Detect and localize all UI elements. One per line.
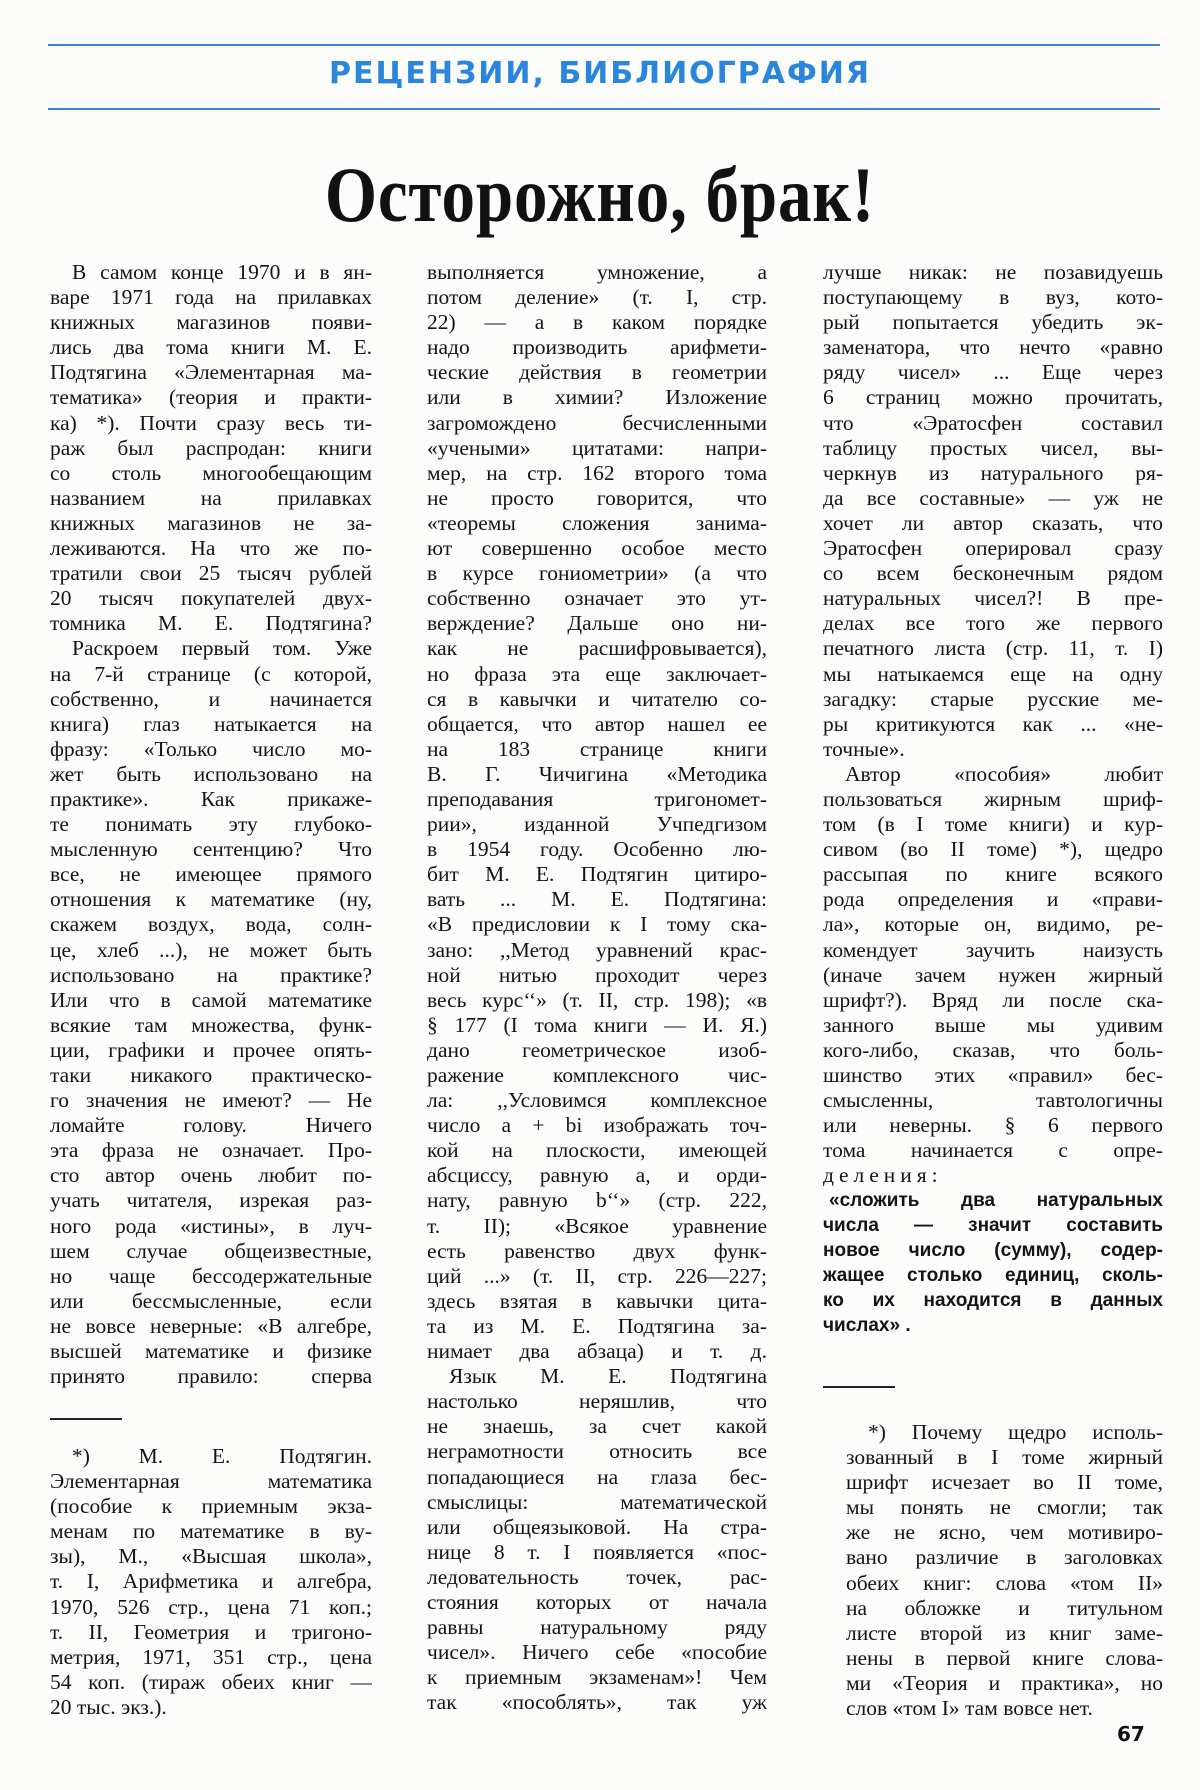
text-line: рии», изданной Учпедгизом (427, 812, 767, 837)
text-line: есть равенство двух функ- (427, 1239, 767, 1264)
section-rule-bottom (48, 108, 1160, 110)
text-line: надо производить арифмети- (427, 335, 767, 360)
text-line: заменатора, что нечто «равно (823, 335, 1163, 360)
text-line: делах все того же первого (823, 611, 1163, 636)
text-line: Элементарная математика (50, 1469, 372, 1494)
text-line: нимает два абзаца) и т. д. (427, 1339, 767, 1364)
text-line: числа — значит составить (823, 1213, 1163, 1238)
text-line: зованный в I томе жирный (846, 1445, 1163, 1470)
text-line: деления: (823, 1163, 1163, 1188)
text-line: лучше никак: не позавидуешь (823, 260, 1163, 285)
text-line: *) Почему щедро исполь- (846, 1420, 1163, 1445)
text-line: как не расшифровывается), (427, 636, 767, 661)
text-line: ка) *). Почти сразу весь ти- (50, 411, 372, 436)
text-line: абсциссу, равную a, и орди- (427, 1163, 767, 1188)
text-line: *) М. Е. Подтягин. (50, 1444, 372, 1469)
article-headline: Осторожно, брак! (84, 150, 1116, 240)
text-line: в 1954 году. Особенно лю- (427, 837, 767, 862)
text-line: нату, равную b‘‘» (стр. 222, (427, 1188, 767, 1213)
text-line: кой на плоскости, имеющей (427, 1138, 767, 1163)
text-line: со столь многообещающим (50, 461, 372, 486)
text-line: ледовательность точек, рас- (427, 1565, 767, 1590)
text-line: со всем бесконечным рядом (823, 561, 1163, 586)
text-line: т. II, Геометрия и тригоно- (50, 1620, 372, 1645)
text-line: ко их находится в данных (823, 1288, 1163, 1313)
text-line: 6 страниц можно прочитать, (823, 385, 1163, 410)
text-line: хочет ли автор сказать, что (823, 511, 1163, 536)
text-line: таблицу простых чисел, вы- (823, 436, 1163, 461)
text-line: чисел». Ничего себе «пособие (427, 1640, 767, 1665)
text-line: преподавания тригономет- (427, 787, 767, 812)
text-line: та из М. Е. Подтягина за- (427, 1314, 767, 1339)
text-line: шинство этих «правил» бес- (823, 1063, 1163, 1088)
text-line: да все составные» — уж не (823, 486, 1163, 511)
text-line: тематика» (теория и практи- (50, 385, 372, 410)
text-line: 1970, 526 стр., цена 71 коп.; (50, 1595, 372, 1620)
text-line: леживаются. На что же по- (50, 536, 372, 561)
text-line: обеих книг: слова «том II» (846, 1571, 1163, 1596)
page-number: 67 (1117, 1722, 1145, 1746)
text-line: ческие действия в геометрии (427, 360, 767, 385)
text-line: ры критикуются как ... «не- (823, 712, 1163, 737)
text-line: книга) глаз натыкается на (50, 712, 372, 737)
text-line: мер, на стр. 162 второго тома (427, 461, 767, 486)
text-line: стояния которых от начала (427, 1590, 767, 1615)
text-line: це, хлеб ...), не может быть (50, 938, 372, 963)
text-line: все, не имеющее прямого (50, 862, 372, 887)
text-line: 20 тысяч покупателей двух- (50, 586, 372, 611)
text-line: неграмотности относить все (427, 1439, 767, 1464)
text-line: ряду чисел» ... Еще через (823, 360, 1163, 385)
text-line: т. I, Арифметика и алгебра, (50, 1569, 372, 1594)
text-line: Автор «пособия» любит (823, 762, 1163, 787)
footnote-2: *) Почему щедро исполь-зованный в I томе… (846, 1420, 1163, 1721)
text-line: на обложке и титульном (846, 1596, 1163, 1621)
text-line: потом деление» (т. I, стр. (427, 285, 767, 310)
text-line: метрия, 1971, 351 стр., цена (50, 1645, 372, 1670)
text-line: Эратосфен оперировал сразу (823, 536, 1163, 561)
text-line: ций ...» (т. II, стр. 226—227; (427, 1264, 767, 1289)
bold-definition-quote: «сложить два натуральныхчисла — значит с… (823, 1188, 1163, 1339)
text-line: тратили свои 25 тысяч рублей (50, 561, 372, 586)
text-line: сивом (во II томе) *), щедро (823, 837, 1163, 862)
text-line: скажем воздух, вода, солн- (50, 912, 372, 937)
text-line: что «Эратосфен составил (823, 411, 1163, 436)
text-line: принято правило: сперва (50, 1364, 372, 1389)
text-line: но фраза эта еще заключает- (427, 662, 767, 687)
text-line: рый попытается убедить эк- (823, 310, 1163, 335)
text-line: числах» . (823, 1313, 1163, 1338)
text-line: нице 8 т. I появляется «пос- (427, 1540, 767, 1565)
text-line: ной нитью проходит через (427, 963, 767, 988)
text-line: загромождено бесчисленными (427, 411, 767, 436)
text-line: смыслицы: математической (427, 1490, 767, 1515)
text-line: фразу: «Только число мо- (50, 737, 372, 762)
text-line: на 7-й странице (с которой, (50, 662, 372, 687)
text-line: рода определения и «прави- (823, 887, 1163, 912)
text-line: книжных магазинов не за- (50, 511, 372, 536)
text-line: печатного листа (стр. 11, т. I) (823, 636, 1163, 661)
text-line: (пособие к приемным экза- (50, 1494, 372, 1519)
text-line: раж был распродан: книги (50, 436, 372, 461)
text-line: ражение комплексного чис- (427, 1063, 767, 1088)
text-line: на 183 странице книги (427, 737, 767, 762)
text-line: листе второй из книг заме- (846, 1621, 1163, 1646)
text-line: бит М. Е. Подтягин цитиро- (427, 862, 767, 887)
text-line: таки никакого практическо- (50, 1063, 372, 1088)
text-line: но чаще бессодержательные (50, 1264, 372, 1289)
text-line: В самом конце 1970 и в ян- (50, 260, 372, 285)
text-line: здесь взятая в кавычки цита- (427, 1289, 767, 1314)
text-line: учать читателя, изрекая раз- (50, 1188, 372, 1213)
text-line: дано геометрическое изоб- (427, 1038, 767, 1063)
text-line: не знаешь, за счет какой (427, 1414, 767, 1439)
text-line: собственно, и начинается (50, 687, 372, 712)
text-line: сто автор очень любит по- (50, 1163, 372, 1188)
text-line: отношения к математике (ну, (50, 887, 372, 912)
text-line: эта фраза не означает. Про- (50, 1138, 372, 1163)
text-line: нены в первой книге слова- (846, 1646, 1163, 1671)
text-line: или неверны. § 6 первого (823, 1113, 1163, 1138)
text-line: «сложить два натуральных (823, 1188, 1163, 1213)
text-line: ся в кавычки и читателю со- (427, 687, 767, 712)
article-column-3: лучше никак: не позавидуешьпоступающему … (823, 260, 1163, 1188)
text-line: Язык М. Е. Подтягина (427, 1364, 767, 1389)
text-line: 54 коп. (тираж обеих книг — (50, 1670, 372, 1695)
text-line: в курсе гониометрии» (а что (427, 561, 767, 586)
text-line: 20 тыс. экз.). (50, 1695, 372, 1720)
text-line: использовано на практике? (50, 963, 372, 988)
text-line: шем случае общеизвестные, (50, 1239, 372, 1264)
text-line: к приемным экзаменам»! Чем (427, 1665, 767, 1690)
text-line: верждение? Дальше оно ни- (427, 611, 767, 636)
text-line: всякие там множества, функ- (50, 1013, 372, 1038)
text-line: ного рода «истины», в луч- (50, 1214, 372, 1239)
text-line: комендует заучить наизусть (823, 938, 1163, 963)
text-line: натуральных чисел?! В пре- (823, 586, 1163, 611)
text-line: точные». (823, 737, 1163, 762)
text-line: т. II); «Всякое уравнение (427, 1214, 767, 1239)
text-line: жет быть использовано на (50, 762, 372, 787)
text-line: собственно означает это ут- (427, 586, 767, 611)
text-line: те понимать эту глубоко- (50, 812, 372, 837)
text-line: том (в I томе книги) и кур- (823, 812, 1163, 837)
text-line: высшей математике и физике (50, 1339, 372, 1364)
article-column-2: выполняется умножение, апотом деление» (… (427, 260, 767, 1715)
text-line: варе 1971 года на прилавках (50, 285, 372, 310)
text-line: ла: ,,Условимся комплексное (427, 1088, 767, 1113)
text-line: шрифт?). Вряд ли после ска- (823, 988, 1163, 1013)
text-line: ла», которые он, видимо, ре- (823, 912, 1163, 937)
text-line: 22) — а в каком порядке (427, 310, 767, 335)
section-rule-top (48, 44, 1160, 46)
text-line: ломайте голову. Ничего (50, 1113, 372, 1138)
text-line: мы натыкаемся еще на одну (823, 662, 1163, 687)
text-line: менам по математике в ву- (50, 1519, 372, 1544)
text-line: общается, что автор нашел ее (427, 712, 767, 737)
text-line: вано различие в заголовках (846, 1545, 1163, 1570)
text-line: ют совершенно особое место (427, 536, 767, 561)
text-line: настолько неряшлив, что (427, 1389, 767, 1414)
text-line: зы), М., «Высшая школа», (50, 1544, 372, 1569)
text-line: вать ... М. Е. Подтягина: (427, 887, 767, 912)
text-line: книжных магазинов появи- (50, 310, 372, 335)
text-line: мы понять не смогли; так (846, 1495, 1163, 1520)
text-line: тома начинается с опре- (823, 1138, 1163, 1163)
text-line: зано: ,,Метод уравнений крас- (427, 938, 767, 963)
text-line: загадку: старые русские ме- (823, 687, 1163, 712)
text-line: В. Г. Чичигина «Методика (427, 762, 767, 787)
section-title: РЕЦЕНЗИИ, БИБЛИОГРАФИЯ (0, 56, 1200, 91)
text-line: томника М. Е. Подтягина? (50, 611, 372, 636)
text-line: кого-либо, сказав, что боль- (823, 1038, 1163, 1063)
text-line: поступающему в вуз, кото- (823, 285, 1163, 310)
text-line: мысленную сентенцию? Что (50, 837, 372, 862)
text-line: весь курс‘‘» (т. II, стр. 198); «в (427, 988, 767, 1013)
text-line: ми «Теория и практика», но (846, 1671, 1163, 1696)
text-line: число a + bi изображать точ- (427, 1113, 767, 1138)
text-line: черкнув из натурального ря- (823, 461, 1163, 486)
text-line: пользоваться жирным шриф- (823, 787, 1163, 812)
text-line: (иначе зачем нужен жирный (823, 963, 1163, 988)
text-line: новое число (сумму), содер- (823, 1238, 1163, 1263)
text-line: «В предисловии к I тому ска- (427, 912, 767, 937)
text-line: попадающиеся на глаза бес- (427, 1465, 767, 1490)
text-line: смысленны, тавтологичны (823, 1088, 1163, 1113)
text-line: Раскроем первый том. Уже (50, 636, 372, 661)
text-line: не вовсе неверные: «В алгебре, (50, 1314, 372, 1339)
text-line: выполняется умножение, а (427, 260, 767, 285)
text-line: равны натуральному ряду (427, 1615, 767, 1640)
text-line: или бессмысленные, если (50, 1289, 372, 1314)
text-line: лись два тома книги М. Е. (50, 335, 372, 360)
text-line: § 177 (I тома книги — И. Я.) (427, 1013, 767, 1038)
text-line: занного выше мы удивим (823, 1013, 1163, 1038)
text-line: не просто говорится, что (427, 486, 767, 511)
text-line: Подтягина «Элементарная ма- (50, 360, 372, 385)
text-line: так «пособлять», так уж (427, 1690, 767, 1715)
text-line: шрифт исчезает во II томе, (846, 1470, 1163, 1495)
text-line: же не ясно, чем мотивиро- (846, 1520, 1163, 1545)
text-line: названием на прилавках (50, 486, 372, 511)
text-line: или общеязыковой. На стра- (427, 1515, 767, 1540)
text-line: или в химии? Изложение (427, 385, 767, 410)
footnote-rule-2 (823, 1386, 895, 1388)
footnote-1: *) М. Е. Подтягин.Элементарная математик… (50, 1444, 372, 1720)
article-column-1: В самом конце 1970 и в ян-варе 1971 года… (50, 260, 372, 1389)
text-line: слов «том I» там вовсе нет. (846, 1696, 1163, 1721)
text-line: жащее столько единиц, сколь- (823, 1263, 1163, 1288)
text-line: ции, графики и прочее опять- (50, 1038, 372, 1063)
text-line: Или что в самой математике (50, 988, 372, 1013)
text-line: «учеными» цитатами: напри- (427, 436, 767, 461)
text-line: «теоремы сложения занима- (427, 511, 767, 536)
footnote-rule-1 (50, 1418, 122, 1420)
text-line: го значения не имеют? — Не (50, 1088, 372, 1113)
text-line: практике». Как прикаже- (50, 787, 372, 812)
text-line: рассыпая по книге всякого (823, 862, 1163, 887)
